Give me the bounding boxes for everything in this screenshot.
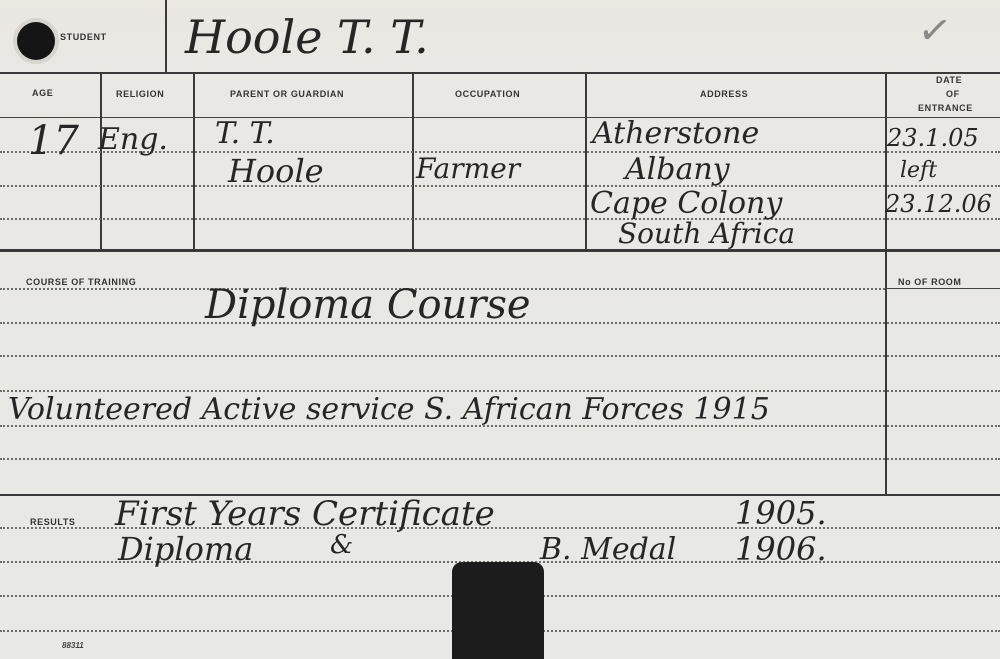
course-label: COURSE OF TRAINING (26, 277, 136, 287)
col-divider-age (100, 72, 102, 250)
results-line-2-year: 1906. (735, 530, 827, 568)
punch-hole (17, 22, 55, 60)
header-date-2: OF (946, 89, 960, 99)
index-tab-mark (452, 562, 544, 659)
age-value: 17 (28, 118, 79, 164)
header-date-1: DATE (936, 75, 962, 85)
course-value: Diploma Course (205, 282, 531, 328)
results-line-2-medal: B. Medal (540, 532, 676, 567)
header-address: ADDRESS (700, 89, 748, 99)
results-line-2-and: & (330, 530, 353, 560)
parent-value-1: T. T. (215, 116, 275, 151)
header-occupation: OCCUPATION (455, 89, 520, 99)
check-mark-icon: ✓ (915, 6, 955, 56)
address-value-3: Cape Colony (590, 186, 782, 221)
results-line-2-diploma: Diploma (118, 530, 253, 568)
header-parent: PARENT OR GUARDIAN (230, 89, 344, 99)
form-code: 88311 (62, 641, 84, 650)
address-value-1: Atherstone (592, 116, 759, 151)
col-divider-address (885, 72, 887, 250)
student-name: Hoole T. T. (185, 10, 429, 64)
room-label-rule (885, 288, 1000, 289)
room-label: No OF ROOM (898, 277, 962, 287)
results-line-1: First Years Certificate (115, 494, 495, 534)
religion-value: Eng. (98, 122, 168, 157)
col-divider-religion (193, 72, 195, 250)
header-religion: RELIGION (116, 89, 164, 99)
address-value-2: Albany (625, 152, 730, 187)
header-bottom-rule (0, 117, 1000, 118)
address-value-4: South Africa (618, 217, 795, 250)
course-rule-3 (0, 355, 1000, 357)
header-date-3: ENTRANCE (918, 103, 973, 113)
record-bottom-rule (0, 249, 1000, 252)
row-rule-3 (0, 218, 1000, 220)
results-label: RESULTS (30, 517, 76, 527)
course-rule-6 (0, 458, 1000, 460)
date-left-label: left (900, 158, 937, 183)
header-age: AGE (32, 88, 53, 98)
col-divider-occupation (585, 72, 587, 250)
parent-value-2: Hoole (228, 152, 324, 190)
name-box-divider (165, 0, 167, 72)
course-note: Volunteered Active service S. African Fo… (8, 392, 770, 427)
occupation-value: Farmer (416, 152, 520, 185)
row-rule-2 (0, 185, 1000, 187)
student-label: STUDENT (60, 32, 107, 42)
header-top-rule (0, 72, 1000, 74)
student-record-card: STUDENT Hoole T. T. ✓ AGE RELIGION PAREN… (0, 0, 1000, 659)
date-left-value: 23.12.06 (885, 190, 992, 218)
results-line-1-year: 1905. (735, 494, 827, 532)
col-divider-parent (412, 72, 414, 250)
date-entered-value: 23.1.05 (887, 124, 979, 152)
